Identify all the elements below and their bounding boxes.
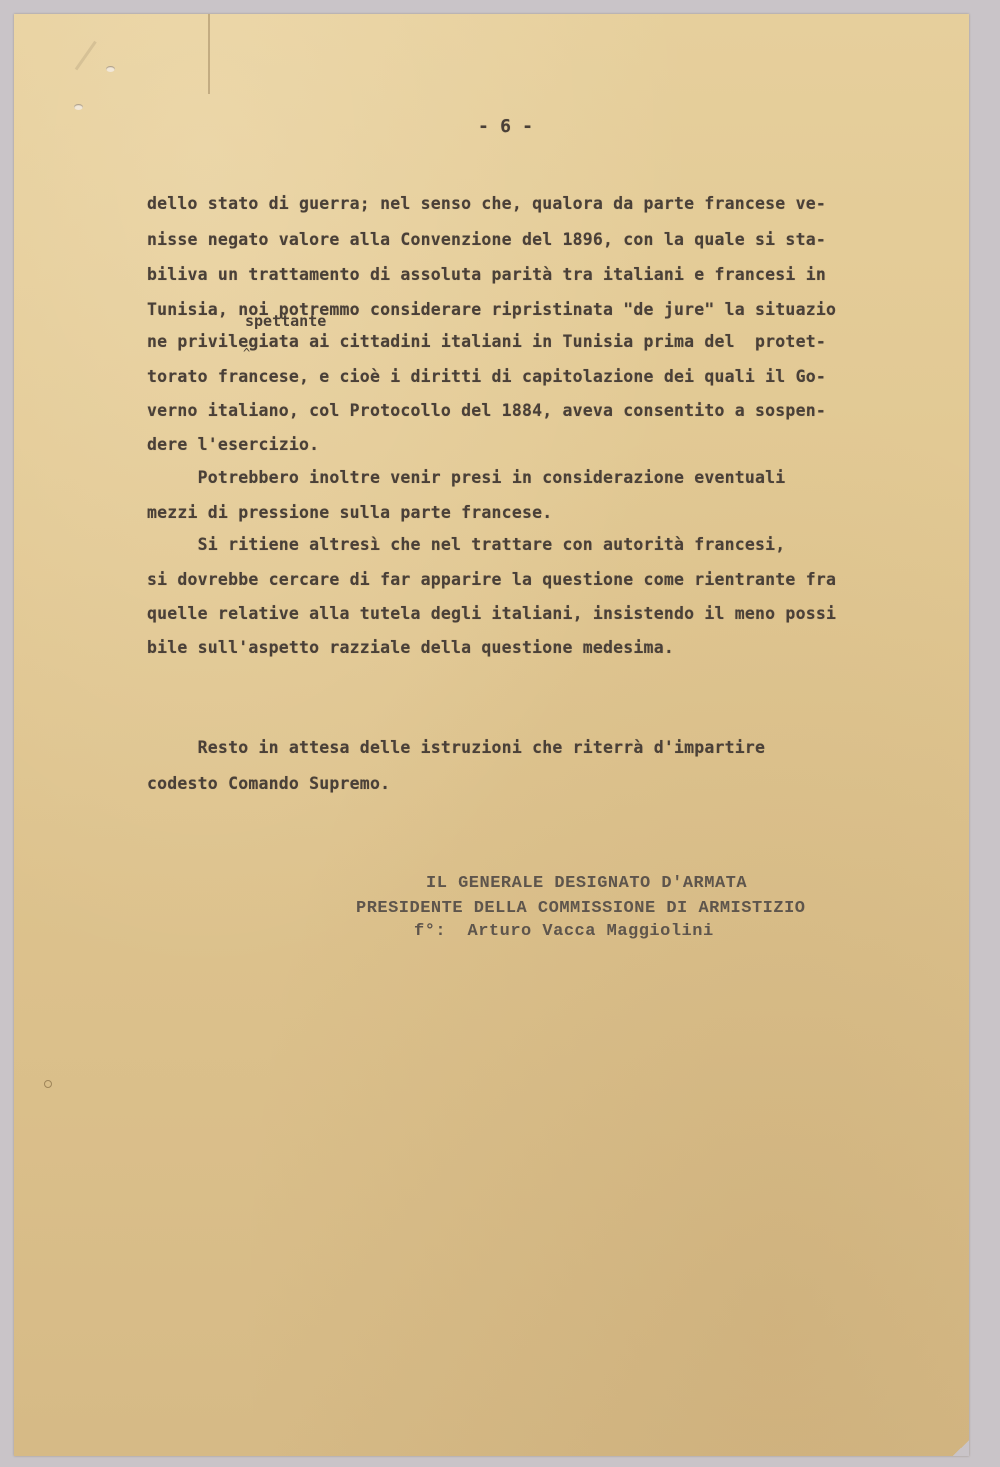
interlinear-insertion: spettante	[245, 312, 326, 330]
text-line: ne privilegiata ai cittadini italiani in…	[147, 332, 826, 351]
fold-crease	[208, 14, 210, 94]
text-line: dello stato di guerra; nel senso che, qu…	[147, 194, 826, 213]
signature-title: IL GENERALE DESIGNATO D'ARMATA	[426, 874, 747, 893]
ring-mark	[44, 1080, 52, 1088]
text-line: nisse negato valore alla Convenzione del…	[147, 230, 826, 249]
text-line: Potrebbero inoltre venir presi in consid…	[147, 468, 785, 487]
signature-office: PRESIDENTE DELLA COMMISSIONE DI ARMISTIZ…	[356, 899, 805, 918]
text-line: dere l'esercizio.	[147, 435, 319, 454]
text-line: torato francese, e cioè i diritti di cap…	[147, 367, 826, 386]
text-line: codesto Comando Supremo.	[147, 774, 390, 793]
text-line: si dovrebbe cercare di far apparire la q…	[147, 570, 836, 589]
staple-mark	[75, 41, 97, 71]
text-line: verno italiano, col Protocollo del 1884,…	[147, 401, 826, 420]
staple-hole-icon	[74, 104, 83, 110]
text-line: bile sull'aspetto razziale della questio…	[147, 638, 674, 657]
text-line: Resto in attesa delle istruzioni che rit…	[147, 738, 765, 757]
text-line: quelle relative alla tutela degli italia…	[147, 604, 836, 623]
curled-corner	[953, 1440, 969, 1456]
signature-name: f°: Arturo Vacca Maggiolini	[414, 922, 714, 941]
staple-hole-icon	[106, 66, 115, 72]
text-line: Si ritiene altresì che nel trattare con …	[147, 535, 785, 554]
text-line: biliva un trattamento di assoluta parità…	[147, 265, 826, 284]
page-number: - 6 -	[478, 116, 533, 137]
text-line: mezzi di pressione sulla parte francese.	[147, 503, 552, 522]
